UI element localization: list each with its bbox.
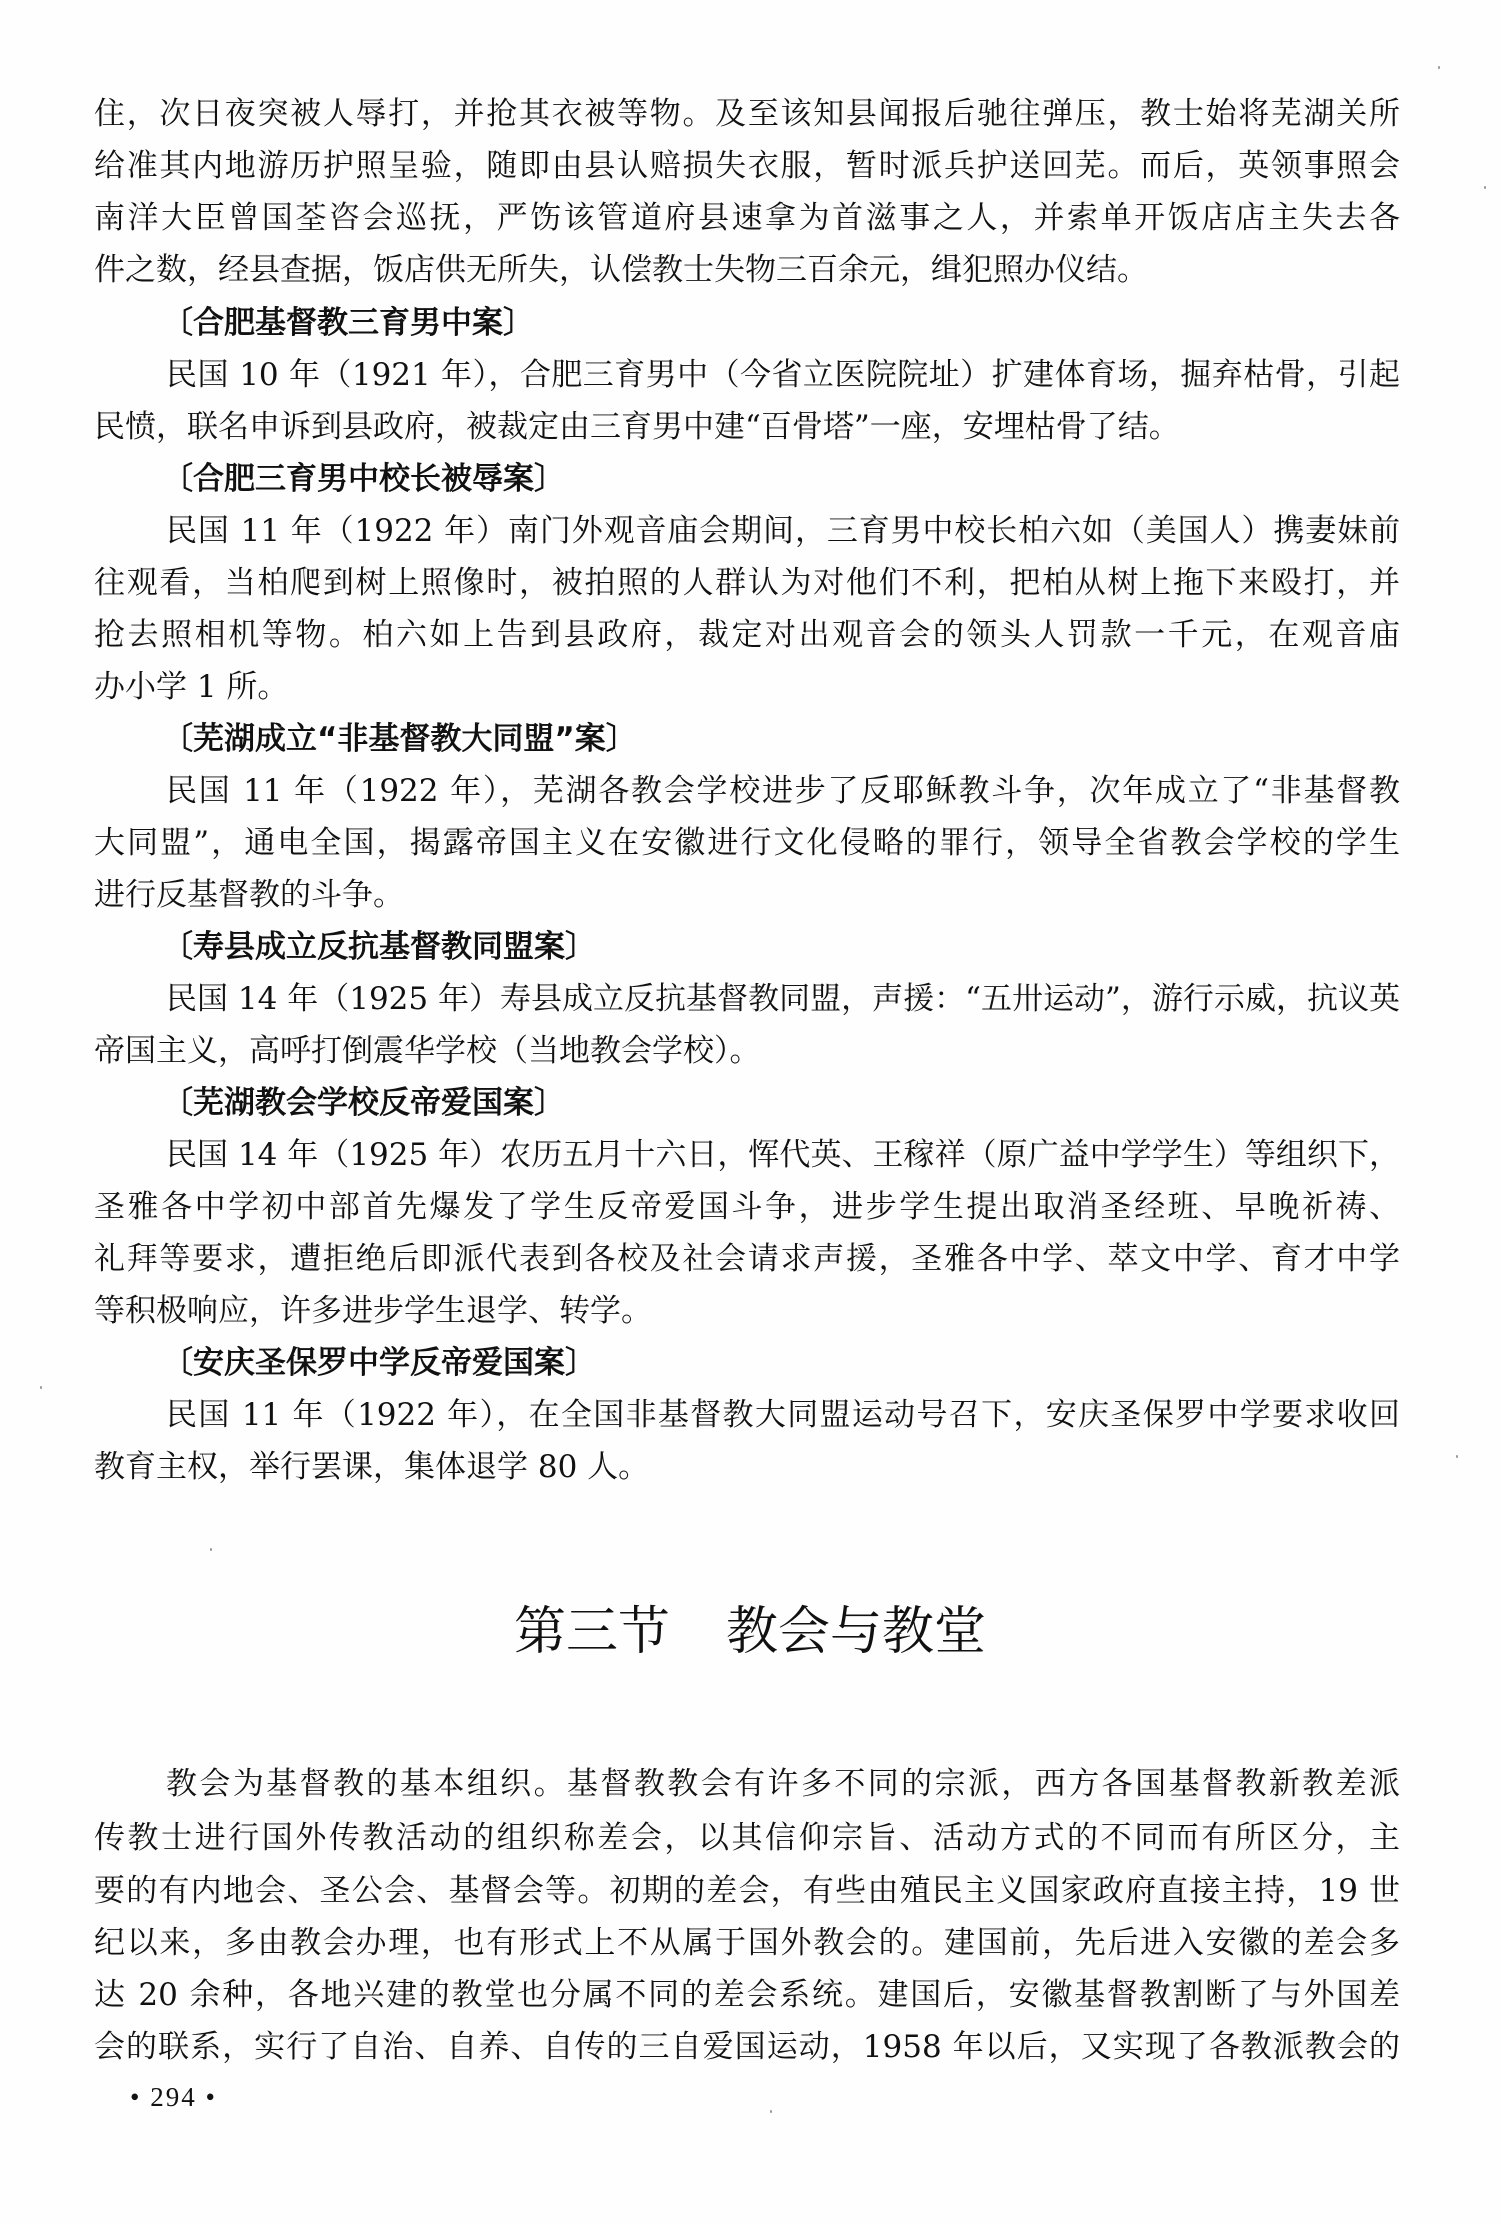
body-line: 往观看，当柏爬到树上照像时，被拍照的人群认为对他们不利，把柏从树上拖下来殴打，并 [94, 557, 1400, 609]
case-heading: 〔合肥三育男中校长被辱案〕 [162, 453, 565, 505]
scan-speck [210, 1548, 212, 1551]
body-line: 给准其内地游历护照呈验，随即由县认赔损失衣服，暂时派兵护送回芜。而后，英领事照会 [94, 140, 1400, 192]
body-line: 会的联系，实行了自治、自养、自传的三自爱国运动，1958 年以后，又实现了各教派… [94, 2021, 1400, 2073]
body-line: 民国 11 年（1922 年），在全国非基督教大同盟运动号召下，安庆圣保罗中学要… [166, 1389, 1400, 1441]
section-title-text: 教会与教堂 [726, 1602, 986, 1662]
case-heading: 〔寿县成立反抗基督教同盟案〕 [162, 921, 596, 973]
section-heading: 第三节教会与教堂 [0, 1600, 1500, 1664]
body-line: 民国 14 年（1925 年）寿县成立反抗基督教同盟，声援：“五卅运动”，游行示… [166, 973, 1400, 1025]
body-line: 教会为基督教的基本组织。基督教教会有许多不同的宗派，西方各国基督教新教差派 [166, 1758, 1400, 1810]
body-line: 纪以来，多由教会办理，也有形式上不从属于国外教会的。建国前，先后进入安徽的差会多 [94, 1917, 1400, 1969]
body-line: 传教士进行国外传教活动的组织称差会，以其信仰宗旨、活动方式的不同而有所区分，主 [94, 1812, 1400, 1864]
body-line: 民国 11 年（1922 年），芜湖各教会学校进步了反耶稣教斗争，次年成立了“非… [166, 765, 1400, 817]
body-line: 民国 14 年（1925 年）农历五月十六日，恽代英、王稼祥（原广益中学学生）等… [166, 1129, 1400, 1181]
body-line: 帝国主义，高呼打倒震华学校（当地教会学校）。 [94, 1025, 1400, 1077]
case-heading: 〔芜湖成立“非基督教大同盟”案〕 [162, 713, 637, 765]
book-page: 住，次日夜突被人辱打，并抢其衣被等物。及至该知县闻报后驰往弹压，教士始将芜湖关所… [0, 0, 1500, 2225]
body-line: 件之数，经县查据，饭店供无所失，认偿教士失物三百余元，缉犯照办仪结。 [94, 244, 1400, 296]
scan-speck [770, 2110, 772, 2113]
body-line: 抢去照相机等物。柏六如上告到县政府，裁定对出观音会的领头人罚款一千元，在观音庙 [94, 609, 1400, 661]
body-line: 圣雅各中学初中部首先爆发了学生反帝爱国斗争，进步学生提出取消圣经班、早晚祈祷、 [94, 1181, 1400, 1233]
scan-speck [1484, 186, 1486, 189]
scan-speck [40, 1386, 42, 1389]
body-line: 大同盟”，通电全国，揭露帝国主义在安徽进行文化侵略的罪行，领导全省教会学校的学生 [94, 817, 1400, 869]
scan-speck [1456, 1455, 1458, 1458]
scan-speck [1438, 66, 1440, 69]
body-line: 住，次日夜突被人辱打，并抢其衣被等物。及至该知县闻报后驰往弹压，教士始将芜湖关所 [94, 88, 1400, 140]
body-line: 等积极响应，许多进步学生退学、转学。 [94, 1285, 1400, 1337]
body-line: 民国 10 年（1921 年），合肥三育男中（今省立医院院址）扩建体育场，掘弃枯… [166, 349, 1400, 401]
body-line: 教育主权，举行罢课，集体退学 80 人。 [94, 1441, 1400, 1493]
body-line: 办小学 1 所。 [94, 661, 1400, 713]
body-line: 民愤，联名申诉到县政府，被裁定由三育男中建“百骨塔”一座，安埋枯骨了结。 [94, 401, 1400, 453]
case-heading: 〔合肥基督教三育男中案〕 [162, 297, 534, 349]
body-line: 进行反基督教的斗争。 [94, 869, 1400, 921]
section-number: 第三节 [514, 1602, 670, 1662]
body-line: 南洋大臣曾国荃咨会巡抚，严饬该管道府县速拿为首滋事之人，并索单开饭店店主失去各 [94, 192, 1400, 244]
page-number: • 294 • [130, 2080, 217, 2114]
body-line: 民国 11 年（1922 年）南门外观音庙会期间，三育男中校长柏六如（美国人）携… [166, 505, 1400, 557]
case-heading: 〔安庆圣保罗中学反帝爱国案〕 [162, 1337, 596, 1389]
body-line: 礼拜等要求，遭拒绝后即派代表到各校及社会请求声援，圣雅各中学、萃文中学、育才中学 [94, 1233, 1400, 1285]
body-line: 达 20 余种，各地兴建的教堂也分属不同的差会系统。建国后，安徽基督教割断了与外… [94, 1969, 1400, 2021]
body-line: 要的有内地会、圣公会、基督会等。初期的差会，有些由殖民主义国家政府直接主持，19… [94, 1865, 1400, 1917]
case-heading: 〔芜湖教会学校反帝爱国案〕 [162, 1077, 565, 1129]
